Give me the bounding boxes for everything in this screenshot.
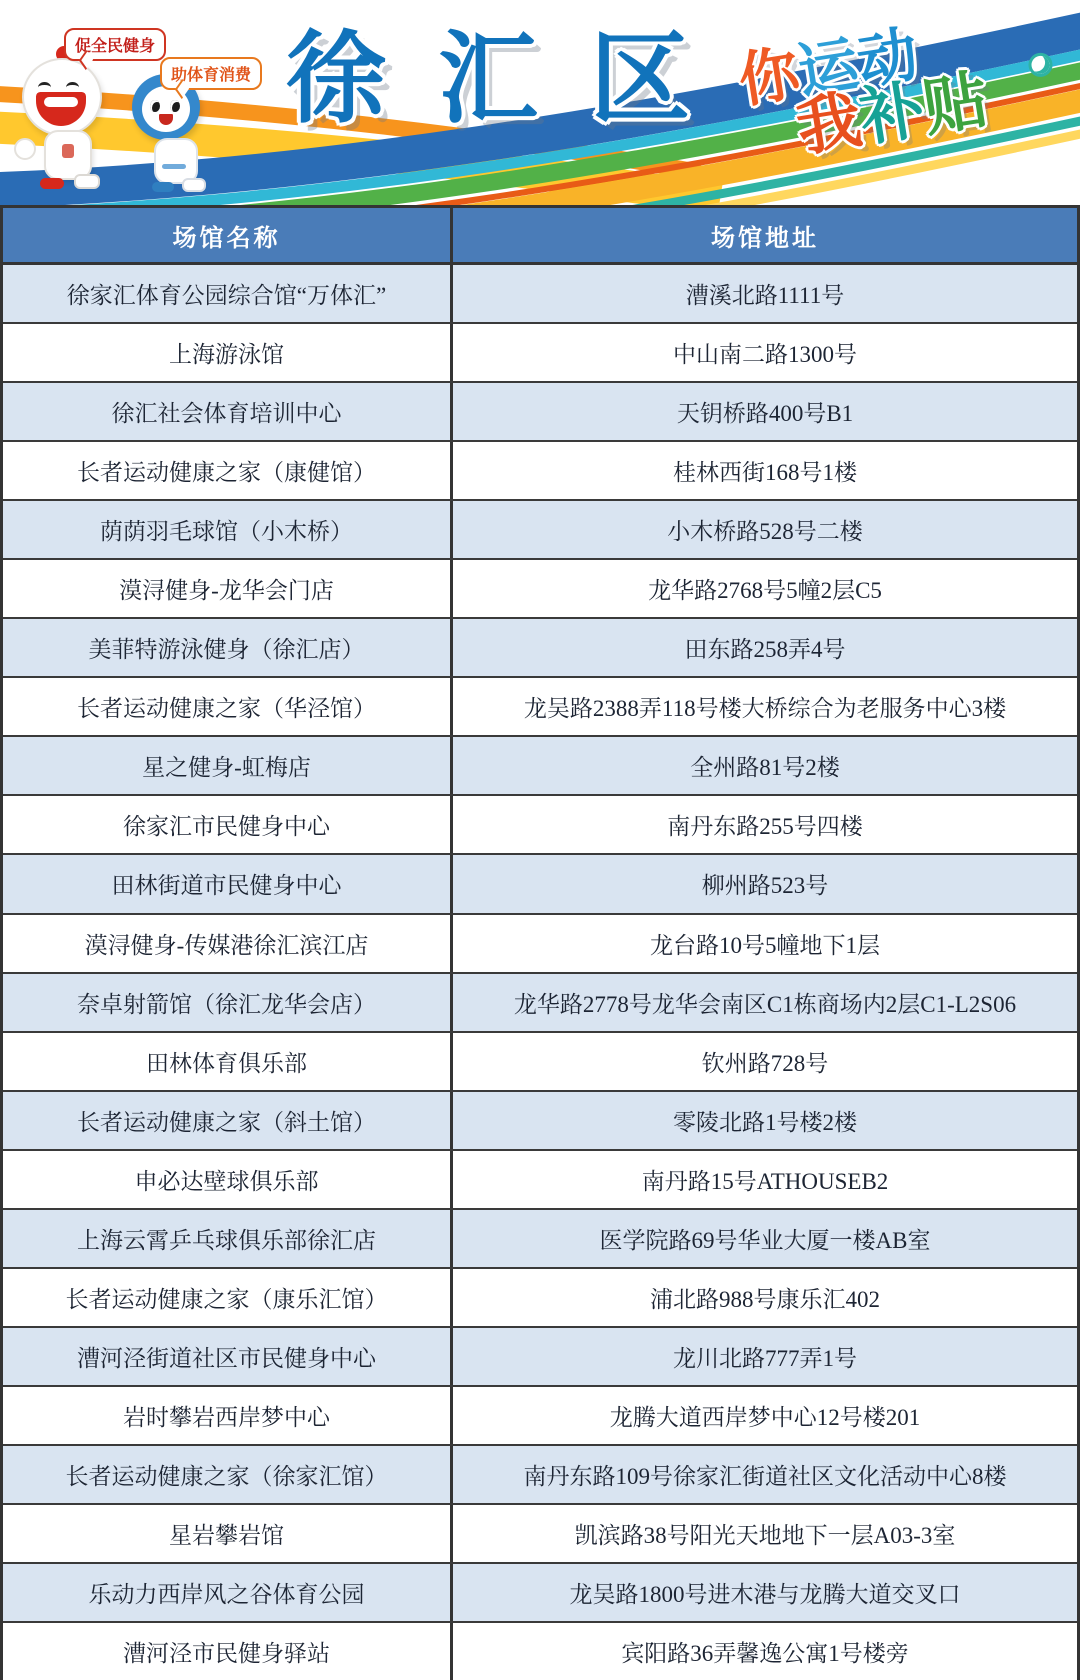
venue-address-cell: 小木桥路528号二楼 — [453, 501, 1077, 558]
venue-address-cell: 宾阳路36弄馨逸公寓1号楼旁 — [453, 1623, 1077, 1680]
venue-name-cell: 漠浔健身-龙华会门店 — [3, 560, 450, 617]
table-row: 徐家汇体育公园综合馆“万体汇”漕溪北路1111号 — [3, 265, 1077, 324]
table-row: 申必达壁球俱乐部南丹路15号ATHOUSEB2 — [3, 1151, 1077, 1210]
venue-address-cell: 龙吴路2388弄118号楼大桥综合为老服务中心3楼 — [453, 678, 1077, 735]
venue-address-cell: 龙腾大道西岸梦中心12号楼201 — [453, 1387, 1077, 1444]
venue-name-cell: 奈卓射箭馆（徐汇龙华会店） — [3, 974, 450, 1031]
venue-name-cell: 长者运动健康之家（斜土馆） — [3, 1092, 450, 1149]
table-row: 漠浔健身-龙华会门店龙华路2768号5幢2层C5 — [3, 560, 1077, 619]
table-row: 长者运动健康之家（康乐汇馆）浦北路988号康乐汇402 — [3, 1269, 1077, 1328]
header-venue-address: 场馆地址 — [453, 208, 1077, 262]
speech-bubble-fitness: 促全民健身 — [64, 28, 166, 61]
table-row: 长者运动健康之家（徐家汇馆）南丹东路109号徐家汇街道社区文化活动中心8楼 — [3, 1446, 1077, 1505]
venue-address-cell: 龙吴路1800号进木港与龙腾大道交叉口 — [453, 1564, 1077, 1621]
venue-name-cell: 漕河泾街道社区市民健身中心 — [3, 1328, 450, 1385]
venue-name-cell: 美菲特游泳健身（徐汇店） — [3, 619, 450, 676]
bubble2-text: 助体育消费 — [171, 67, 251, 84]
table-row: 美菲特游泳健身（徐汇店）田东路258弄4号 — [3, 619, 1077, 678]
venue-name-cell: 长者运动健康之家（康乐汇馆） — [3, 1269, 450, 1326]
banner: 促全民健身 助体育消费 徐汇区 你运动 我补贴 — [0, 0, 1080, 205]
table-row: 乐动力西岸风之谷体育公园龙吴路1800号进木港与龙腾大道交叉口 — [3, 1564, 1077, 1623]
table-header-row: 场馆名称 场馆地址 — [3, 208, 1077, 265]
venue-address-cell: 南丹路15号ATHOUSEB2 — [453, 1151, 1077, 1208]
venue-table-body: 徐家汇体育公园综合馆“万体汇”漕溪北路1111号上海游泳馆中山南二路1300号徐… — [3, 265, 1077, 1680]
venue-address-cell: 龙台路10号5幢地下1层 — [453, 915, 1077, 972]
venue-name-cell: 岩时攀岩西岸梦中心 — [3, 1387, 450, 1444]
venue-name-cell: 漠浔健身-传媒港徐汇滨江店 — [3, 915, 450, 972]
venue-address-cell: 柳州路523号 — [453, 855, 1077, 912]
header-venue-name: 场馆名称 — [3, 208, 450, 262]
venue-address-cell: 钦州路728号 — [453, 1033, 1077, 1090]
venue-name-cell: 田林街道市民健身中心 — [3, 855, 450, 912]
venue-address-cell: 漕溪北路1111号 — [453, 265, 1077, 322]
venue-address-cell: 南丹东路109号徐家汇街道社区文化活动中心8楼 — [453, 1446, 1077, 1503]
table-row: 漠浔健身-传媒港徐汇滨江店龙台路10号5幢地下1层 — [3, 915, 1077, 974]
venue-name-cell: 星岩攀岩馆 — [3, 1505, 450, 1562]
table-row: 星岩攀岩馆凯滨路38号阳光天地地下一层A03-3室 — [3, 1505, 1077, 1564]
table-row: 上海游泳馆中山南二路1300号 — [3, 324, 1077, 383]
venue-name-cell: 漕河泾市民健身驿站 — [3, 1623, 450, 1680]
venue-name-cell: 上海云霄乒乓球俱乐部徐汇店 — [3, 1210, 450, 1267]
bubble1-text: 促全民健身 — [75, 38, 155, 55]
venue-address-cell: 龙华路2768号5幢2层C5 — [453, 560, 1077, 617]
table-row: 长者运动健康之家（华泾馆）龙吴路2388弄118号楼大桥综合为老服务中心3楼 — [3, 678, 1077, 737]
venue-address-cell: 南丹东路255号四楼 — [453, 796, 1077, 853]
table-row: 漕河泾街道社区市民健身中心龙川北路777弄1号 — [3, 1328, 1077, 1387]
table-row: 岩时攀岩西岸梦中心龙腾大道西岸梦中心12号楼201 — [3, 1387, 1077, 1446]
table-row: 长者运动健康之家（康健馆）桂林西街168号1楼 — [3, 442, 1077, 501]
table-row: 徐家汇市民健身中心南丹东路255号四楼 — [3, 796, 1077, 855]
venue-address-cell: 桂林西街168号1楼 — [453, 442, 1077, 499]
slogan-char: 贴 — [919, 68, 992, 141]
venue-address-cell: 凯滨路38号阳光天地地下一层A03-3室 — [453, 1505, 1077, 1562]
venue-address-cell: 田东路258弄4号 — [453, 619, 1077, 676]
venue-address-cell: 龙川北路777弄1号 — [453, 1328, 1077, 1385]
venue-address-cell: 中山南二路1300号 — [453, 324, 1077, 381]
venue-name-cell: 荫荫羽毛球馆（小木桥） — [3, 501, 450, 558]
venue-name-cell: 长者运动健康之家（徐家汇馆） — [3, 1446, 450, 1503]
venue-table: 场馆名称 场馆地址 徐家汇体育公园综合馆“万体汇”漕溪北路1111号上海游泳馆中… — [0, 205, 1080, 1680]
venue-address-cell: 医学院路69号华业大厦一楼AB室 — [453, 1210, 1077, 1267]
venue-address-cell: 龙华路2778号龙华会南区C1栋商场内2层C1-L2S06 — [453, 974, 1077, 1031]
table-row: 徐汇社会体育培训中心天钥桥路400号B1 — [3, 383, 1077, 442]
venue-name-cell: 徐家汇体育公园综合馆“万体汇” — [3, 265, 450, 322]
venue-name-cell: 徐汇社会体育培训中心 — [3, 383, 450, 440]
mascot-red-icon — [12, 46, 124, 192]
speech-bubble-consumption: 助体育消费 — [160, 57, 262, 90]
venue-name-cell: 上海游泳馆 — [3, 324, 450, 381]
venue-name-cell: 长者运动健康之家（华泾馆） — [3, 678, 450, 735]
venue-name-cell: 乐动力西岸风之谷体育公园 — [3, 1564, 450, 1621]
venue-name-cell: 长者运动健康之家（康健馆） — [3, 442, 450, 499]
district-title: 徐汇区 — [286, 26, 742, 131]
table-row: 奈卓射箭馆（徐汇龙华会店）龙华路2778号龙华会南区C1栋商场内2层C1-L2S… — [3, 974, 1077, 1033]
venue-name-cell: 星之健身-虹梅店 — [3, 737, 450, 794]
venue-address-cell: 天钥桥路400号B1 — [453, 383, 1077, 440]
poster-page: 促全民健身 助体育消费 徐汇区 你运动 我补贴 场馆名称 场馆地址 徐家汇体育公… — [0, 0, 1080, 1680]
table-row: 田林体育俱乐部钦州路728号 — [3, 1033, 1077, 1092]
venue-name-cell: 申必达壁球俱乐部 — [3, 1151, 450, 1208]
venue-name-cell: 徐家汇市民健身中心 — [3, 796, 450, 853]
venue-address-cell: 零陵北路1号楼2楼 — [453, 1092, 1077, 1149]
table-row: 长者运动健康之家（斜土馆）零陵北路1号楼2楼 — [3, 1092, 1077, 1151]
slogan-char: 补 — [856, 78, 929, 151]
venue-address-cell: 浦北路988号康乐汇402 — [453, 1269, 1077, 1326]
table-row: 荫荫羽毛球馆（小木桥）小木桥路528号二楼 — [3, 501, 1077, 560]
table-row: 田林街道市民健身中心柳州路523号 — [3, 855, 1077, 914]
slogan-char: 我 — [793, 88, 866, 161]
venue-name-cell: 田林体育俱乐部 — [3, 1033, 450, 1090]
table-row: 星之健身-虹梅店全州路81号2楼 — [3, 737, 1077, 796]
venue-address-cell: 全州路81号2楼 — [453, 737, 1077, 794]
table-row: 漕河泾市民健身驿站宾阳路36弄馨逸公寓1号楼旁 — [3, 1623, 1077, 1680]
table-row: 上海云霄乒乓球俱乐部徐汇店医学院路69号华业大厦一楼AB室 — [3, 1210, 1077, 1269]
